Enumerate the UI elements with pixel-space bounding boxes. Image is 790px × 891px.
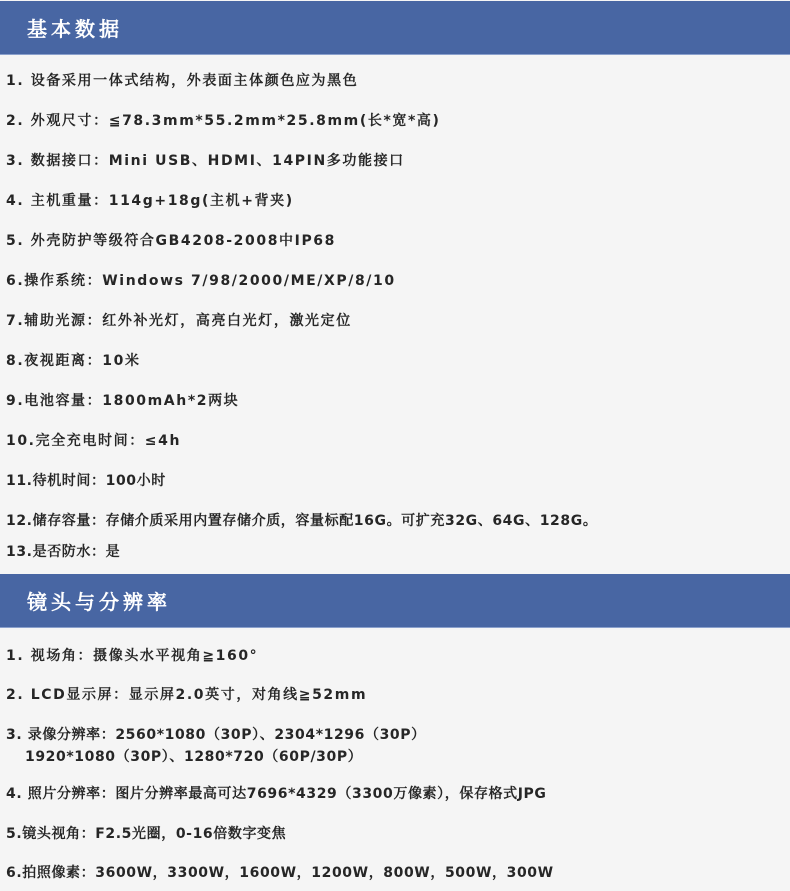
spec-item-video-resolution: 3. 录像分辨率：2560*1080（30P）、2304*1296（30P） 1… [6,724,426,766]
spec-item-standby: 11.待机时间：100小时 [6,470,166,490]
section-header-lens-resolution: 镜头与分辨率 [0,574,790,628]
spec-item-structure: 1. 设备采用一体式结构，外表面主体颜色应为黑色 [6,70,358,90]
spec-item-fov: 1. 视场角：摄像头水平视角≧160° [6,645,258,665]
spec-item-battery: 9.电池容量：1800mAh*2两块 [6,390,239,410]
spec-item-interfaces: 3. 数据接口：Mini USB、HDMI、14PIN多功能接口 [6,150,405,170]
spec-item-photo-resolution: 4. 照片分辨率：图片分辨率最高可达7696*4329（3300万像素），保存格… [6,783,547,803]
spec-item-light-source: 7.辅助光源：红外补光灯，高亮白光灯，激光定位 [6,310,352,330]
section-title: 基本数据 [27,13,123,42]
spec-item-protection: 5. 外壳防护等级符合GB4208-2008中IP68 [6,230,336,250]
section-header-basic-data: 基本数据 [0,1,790,55]
section-title: 镜头与分辨率 [27,586,171,615]
spec-item-weight: 4. 主机重量：114g+18g(主机+背夹) [6,190,294,210]
spec-item-waterproof: 13.是否防水：是 [6,541,120,561]
video-resolution-line-2: 1920*1080（30P）、1280*720（60P/30P） [6,746,426,766]
spec-item-night-vision: 8.夜视距离：10米 [6,350,141,370]
spec-item-os: 6.操作系统：Windows 7/98/2000/ME/XP/8/10 [6,270,396,290]
spec-item-photo-pixels: 6.拍照像素：3600W，3300W，1600W，1200W，800W，500W… [6,862,554,882]
spec-item-storage: 12.储存容量：存储介质采用内置存储介质，容量标配16G。可扩充32G、64G、… [6,510,597,530]
spec-item-lens: 5.镜头视角：F2.5光圈，0-16倍数字变焦 [6,823,286,843]
spec-item-dimensions: 2. 外观尺寸：≦78.3mm*55.2mm*25.8mm(长*宽*高) [6,110,441,130]
spec-item-charge-time: 10.完全充电时间：≤4h [6,430,181,450]
video-resolution-line-1: 3. 录像分辨率：2560*1080（30P）、2304*1296（30P） [6,727,426,743]
spec-item-lcd: 2. LCD显示屏：显示屏2.0英寸，对角线≧52mm [6,684,367,704]
